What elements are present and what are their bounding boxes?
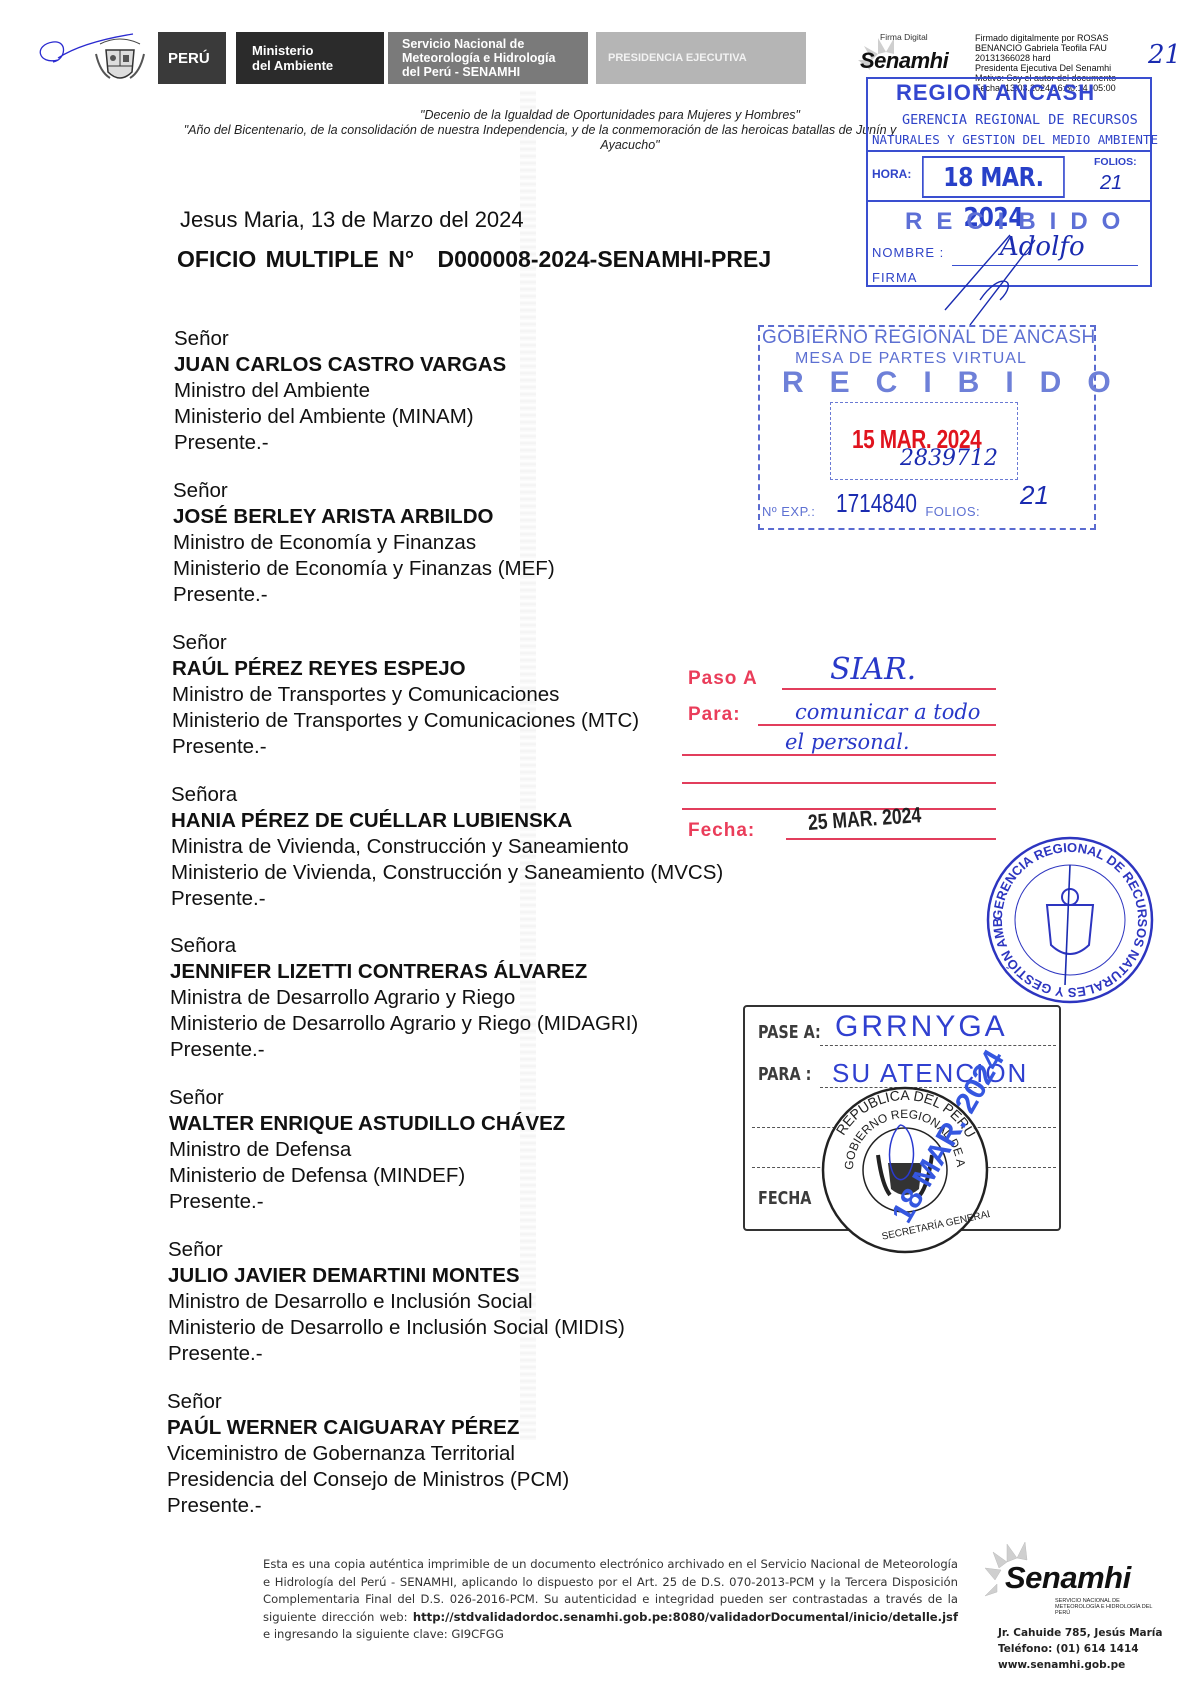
stamp-folios-label: FOLIOS: [1094, 156, 1137, 168]
office-text: PRESIDENCIA EJECUTIVA [608, 52, 747, 64]
peru-coat-of-arms-icon [90, 32, 150, 88]
stamp-firma-label: FIRMA [872, 270, 917, 285]
agency-line-1: Servicio Nacional de [402, 37, 556, 51]
validation-key: GI9CFGG [451, 1627, 504, 1641]
letter-reference: OFICIO MULTIPLE N° D000008-2024-SENAMHI-… [177, 246, 771, 273]
agency-line-2: Meteorología e Hidrología [402, 51, 556, 65]
signature-line: Presidenta Ejecutiva Del Senamhi [975, 63, 1135, 73]
motto-line: "Decenio de la Igualdad de Oportunidades… [170, 108, 910, 123]
senamhi-footer-logo-text: Senamhi [1005, 1560, 1131, 1596]
recipient-position: Ministra de Vivienda, Construcción y San… [171, 834, 723, 860]
validation-link[interactable]: http://stdvalidadordoc.senamhi.gob.pe:80… [413, 1610, 958, 1624]
recipient-salutation: Señor [169, 1085, 565, 1111]
motto-line: Ayacucho" [170, 138, 910, 153]
para-label: Para: [688, 704, 741, 726]
recipient-institution: Ministerio de Transportes y Comunicacion… [172, 708, 639, 734]
recipient-block: SeñorJUAN CARLOS CASTRO VARGASMinistro d… [174, 326, 506, 456]
recipient-closing: Presente.- [174, 430, 506, 456]
recipient-position: Ministra de Desarrollo Agrario y Riego [170, 985, 638, 1011]
recipient-name: WALTER ENRIQUE ASTUDILLO CHÁVEZ [169, 1111, 565, 1137]
stamp-region-title: REGION ANCASH [896, 80, 1095, 106]
recipient-closing: Presente.- [172, 734, 639, 760]
official-mottos: "Decenio de la Igualdad de Oportunidades… [170, 108, 910, 153]
recipient-block: SeñorWALTER ENRIQUE ASTUDILLO CHÁVEZMini… [169, 1085, 565, 1215]
recipient-salutation: Señor [172, 630, 639, 656]
recipient-institution: Ministerio de Economía y Finanzas (MEF) [173, 556, 555, 582]
recipient-closing: Presente.- [170, 1037, 638, 1063]
recipient-institution: Ministerio del Ambiente (MINAM) [174, 404, 506, 430]
reference-label: OFICIO MULTIPLE N° [177, 246, 414, 272]
recipient-salutation: Señor [167, 1389, 569, 1415]
paso-value: SIAR. [830, 652, 916, 687]
recipient-closing: Presente.- [169, 1189, 565, 1215]
banner-peru-text: PERÚ [168, 50, 210, 67]
stamp-recibido-2: RECIBIDO [782, 366, 1137, 400]
paso-label: Paso A [688, 668, 758, 690]
authenticity-notice: Esta es una copia auténtica imprimible d… [263, 1556, 958, 1644]
pase-value: GRRNYGA [835, 1010, 1008, 1044]
recipient-name: PAÚL WERNER CAIGUARAY PÉREZ [167, 1415, 569, 1441]
agency-line-3: del Perú - SENAMHI [402, 65, 556, 79]
stamp-gobierno-title: GOBIERNO REGIONAL DE ANCASH [762, 327, 1096, 349]
stamp-region-subtitle-2: NATURALES Y GESTION DEL MEDIO AMBIENTE [872, 132, 1158, 147]
recipient-name: HANIA PÉREZ DE CUÉLLAR LUBIENSKA [171, 808, 723, 834]
recipient-block: SeñorJOSÉ BERLEY ARISTA ARBILDOMinistro … [173, 478, 555, 608]
recipient-closing: Presente.- [168, 1341, 625, 1367]
footer-phone: Teléfono: (01) 614 1414 [998, 1641, 1162, 1657]
motto-line: "Año del Bicentenario, de la consolidaci… [170, 123, 910, 138]
recipient-position: Ministro de Defensa [169, 1137, 565, 1163]
recipient-salutation: Señor [173, 478, 555, 504]
stamp-exp-value: 1714840 [836, 488, 917, 519]
senamhi-footer-subtitle: SERVICIO NACIONAL DE METEOROLOGÍA E HIDR… [1055, 1598, 1165, 1616]
recipient-salutation: Señor [174, 326, 506, 352]
pase-para-label: PARA : [758, 1064, 811, 1085]
recipient-closing: Presente.- [167, 1493, 569, 1519]
banner-agency: Servicio Nacional deMeteorología e Hidro… [388, 32, 588, 84]
footer-address: Jr. Cahuide 785, Jesús María [998, 1625, 1162, 1641]
recipient-name: JULIO JAVIER DEMARTINI MONTES [168, 1263, 625, 1289]
letter-city-date: Jesus Maria, 13 de Marzo del 2024 [180, 207, 524, 233]
recipient-institution: Ministerio de Desarrollo e Inclusión Soc… [168, 1315, 625, 1341]
recipient-block: SeñorJULIO JAVIER DEMARTINI MONTESMinist… [168, 1237, 625, 1367]
stamp-region-date: 18 MAR. 2024 [922, 156, 1065, 198]
signature-line: Firmado digitalmente por ROSAS [975, 33, 1135, 43]
recipient-block: SeñoraJENNIFER LIZETTI CONTRERAS ÁLVAREZ… [170, 933, 638, 1063]
para-value-line-2: el personal. [785, 730, 910, 754]
recipient-name: RAÚL PÉREZ REYES ESPEJO [172, 656, 639, 682]
folios-label: FOLIOS: [925, 504, 980, 519]
notice-text-2: e ingresando la siguiente clave: [263, 1627, 448, 1641]
stamp-region-subtitle-1: GERENCIA REGIONAL DE RECURSOS [902, 112, 1138, 128]
recipient-position: Ministro de Desarrollo e Inclusión Socia… [168, 1289, 625, 1315]
recipient-closing: Presente.- [171, 886, 723, 912]
ministry-line-2: del Ambiente [252, 58, 333, 73]
recipient-position: Ministro de Economía y Finanzas [173, 530, 555, 556]
recipient-name: JOSÉ BERLEY ARISTA ARBILDO [173, 504, 555, 530]
pase-label: PASE A: [758, 1022, 821, 1043]
recipient-block: SeñorPAÚL WERNER CAIGUARAY PÉREZVicemini… [167, 1389, 569, 1519]
recipient-position: Viceministro de Gobernanza Territorial [167, 1441, 569, 1467]
banner-peru: PERÚ [158, 32, 226, 84]
signature-line: BENANCIO Gabriela Teofila FAU [975, 43, 1135, 53]
senamhi-logo-text: Senamhi [860, 48, 948, 74]
recipient-position: Ministro de Transportes y Comunicaciones [172, 682, 639, 708]
signature-line: 20131366028 hard [975, 53, 1135, 63]
recipient-institution: Ministerio de Vivienda, Construcción y S… [171, 860, 723, 886]
reference-number: D000008-2024-SENAMHI-PREJ [437, 246, 771, 272]
stamp-hora-label: HORA: [872, 167, 911, 181]
recipient-salutation: Señora [170, 933, 638, 959]
recipient-name: JENNIFER LIZETTI CONTRERAS ÁLVAREZ [170, 959, 638, 985]
stamp-handwritten-number: 2839712 [900, 446, 998, 471]
banner-office: PRESIDENCIA EJECUTIVA [596, 32, 806, 84]
handwritten-folio-number: 21 [1148, 40, 1181, 70]
banner-ministry: Ministeriodel Ambiente [236, 32, 384, 84]
senamhi-contact: Jr. Cahuide 785, Jesús María Teléfono: (… [998, 1625, 1162, 1673]
recipient-position: Ministro del Ambiente [174, 378, 506, 404]
recipient-salutation: Señora [171, 782, 723, 808]
stamp-nombre-label: NOMBRE : [872, 245, 944, 260]
recipient-institution: Ministerio de Desarrollo Agrario y Riego… [170, 1011, 638, 1037]
ministry-line-1: Ministerio [252, 43, 333, 58]
recipient-salutation: Señor [168, 1237, 625, 1263]
footer-website[interactable]: www.senamhi.gob.pe [998, 1657, 1162, 1673]
exp-label: Nº EXP.: [762, 504, 815, 519]
stamp-folios-value-2: 21 [1020, 480, 1049, 511]
pase-fecha-label: FECHA [758, 1188, 811, 1209]
recipient-name: JUAN CARLOS CASTRO VARGAS [174, 352, 506, 378]
recipient-closing: Presente.- [173, 582, 555, 608]
recipient-block: SeñorRAÚL PÉREZ REYES ESPEJOMinistro de … [172, 630, 639, 760]
para-value-line-1: comunicar a todo [795, 700, 980, 724]
recipient-block: SeñoraHANIA PÉREZ DE CUÉLLAR LUBIENSKAMi… [171, 782, 723, 912]
recipient-institution: Ministerio de Defensa (MINDEF) [169, 1163, 565, 1189]
stamp-folios-value: 21 [1100, 172, 1122, 195]
handwritten-signature-icon [940, 230, 1060, 340]
recipient-institution: Presidencia del Consejo de Ministros (PC… [167, 1467, 569, 1493]
digital-signature-label: Firma Digital [880, 32, 928, 42]
gerencia-seal-icon: GERENCIA REGIONAL DE RECURSOS NATURALES … [985, 835, 1155, 1005]
